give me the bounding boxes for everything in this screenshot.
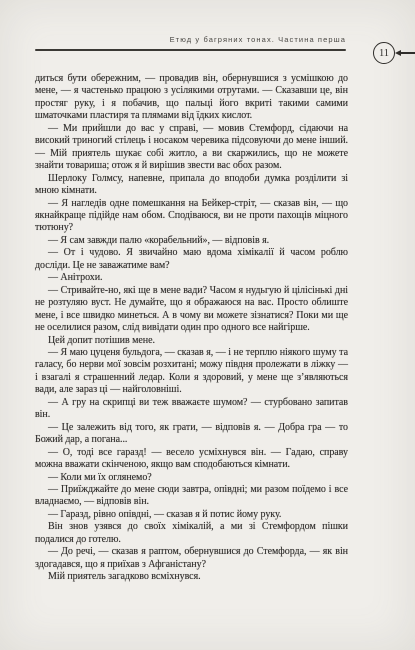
- paragraph: Цей допит потішив мене.: [35, 335, 348, 347]
- paragraph: диться бути обережним, — провадив він, о…: [35, 73, 348, 123]
- paragraph: — Анітрохи.: [35, 272, 348, 284]
- paragraph: — До речі, — сказав я раптом, обернувшис…: [35, 546, 348, 571]
- paragraph: — Я нагледів одне помешкання на Бейкер-с…: [35, 198, 348, 235]
- paragraph: — Ми прийшли до вас у справі, — мовив Ст…: [35, 123, 348, 173]
- paragraph: — А гру на скрипці ви теж вважаєте шумом…: [35, 397, 348, 422]
- book-page: Етюд у багряних тонах. Частина перша 11 …: [0, 0, 415, 650]
- paragraph: Шерлоку Голмсу, напевне, припала до впод…: [35, 173, 348, 198]
- paragraph: Мій приятель загадково всміхнувся.: [35, 571, 348, 583]
- page-number-badge: 11: [373, 42, 395, 64]
- paragraph: — Приїжджайте до мене сюди завтра, опівд…: [35, 484, 348, 509]
- paragraph: — От і чудово. Я звичайно маю вдома хімі…: [35, 247, 348, 272]
- paragraph: — Стривайте-но, які ще в мене вади? Часо…: [35, 285, 348, 335]
- page-number: 11: [379, 48, 389, 59]
- paragraph: — Це залежить від того, як грати, — відп…: [35, 422, 348, 447]
- page-pointer-line: [400, 52, 415, 54]
- paragraph: — Коли ми їх оглянемо?: [35, 472, 348, 484]
- header-rule: [35, 49, 346, 51]
- paragraph: — Я сам завжди палю «корабельний», — від…: [35, 235, 348, 247]
- paragraph: — О, тоді все гаразд! — весело усміхнувс…: [35, 447, 348, 472]
- paragraph: — Гаразд, рівно опівдні, — сказав я й по…: [35, 509, 348, 521]
- paragraph: — Я маю цуценя бульдога, — сказав я, — і…: [35, 347, 348, 397]
- page-text: диться бути обережним, — провадив він, о…: [35, 73, 348, 584]
- running-header: Етюд у багряних тонах. Частина перша: [35, 35, 346, 44]
- paragraph: Він знов узявся до своїх хімікалій, а ми…: [35, 521, 348, 546]
